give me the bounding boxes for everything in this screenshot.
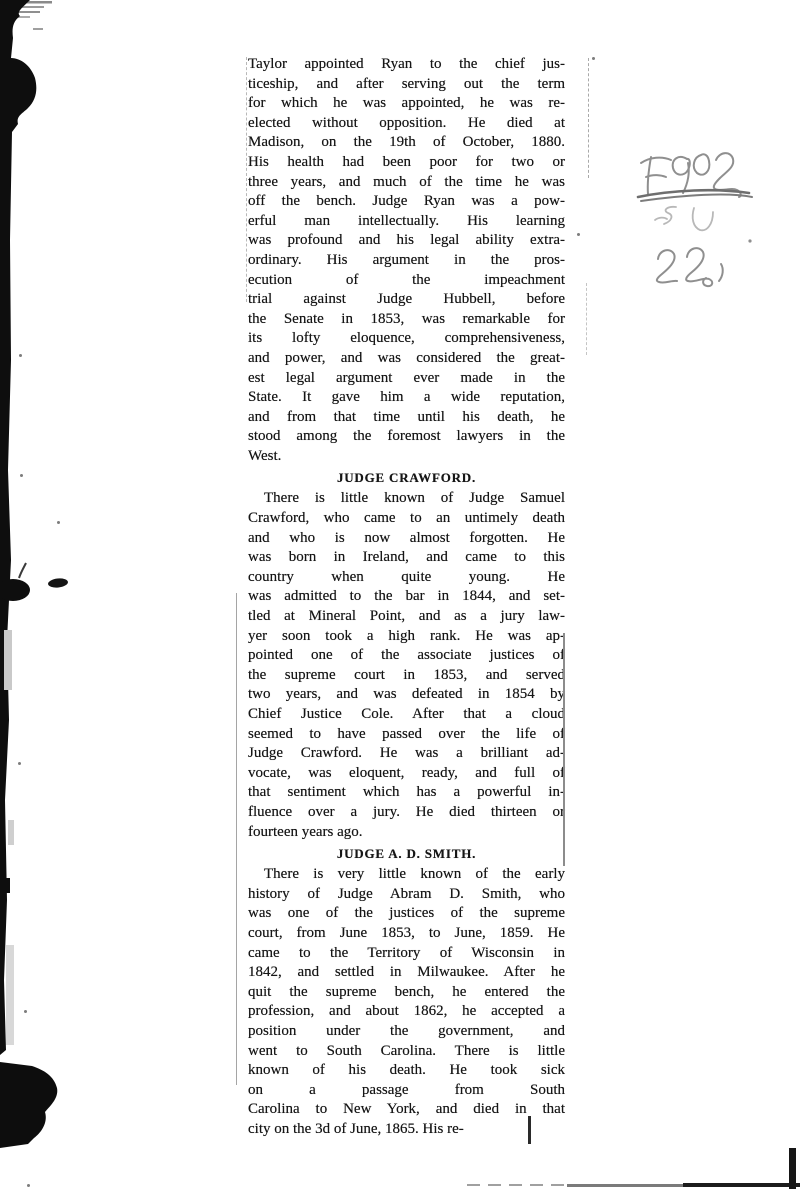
handwritten-call-number: F902 <box>638 153 752 201</box>
handwritten-page-number: 22, <box>657 239 752 286</box>
scan-speck <box>577 233 580 236</box>
handwritten-note: SU <box>655 207 713 230</box>
scan-speck <box>27 1184 30 1187</box>
scan-speck <box>24 1010 27 1013</box>
scan-speck <box>57 521 60 524</box>
scan-speck <box>19 354 22 357</box>
scanned-newspaper-page: Taylor appointed Ryan to the chief jus-t… <box>0 0 800 1189</box>
scan-speck <box>18 762 21 765</box>
scan-speck <box>592 57 595 60</box>
scan-speck <box>20 474 23 477</box>
handwritten-annotations: F902 SU 22, <box>0 0 800 1189</box>
